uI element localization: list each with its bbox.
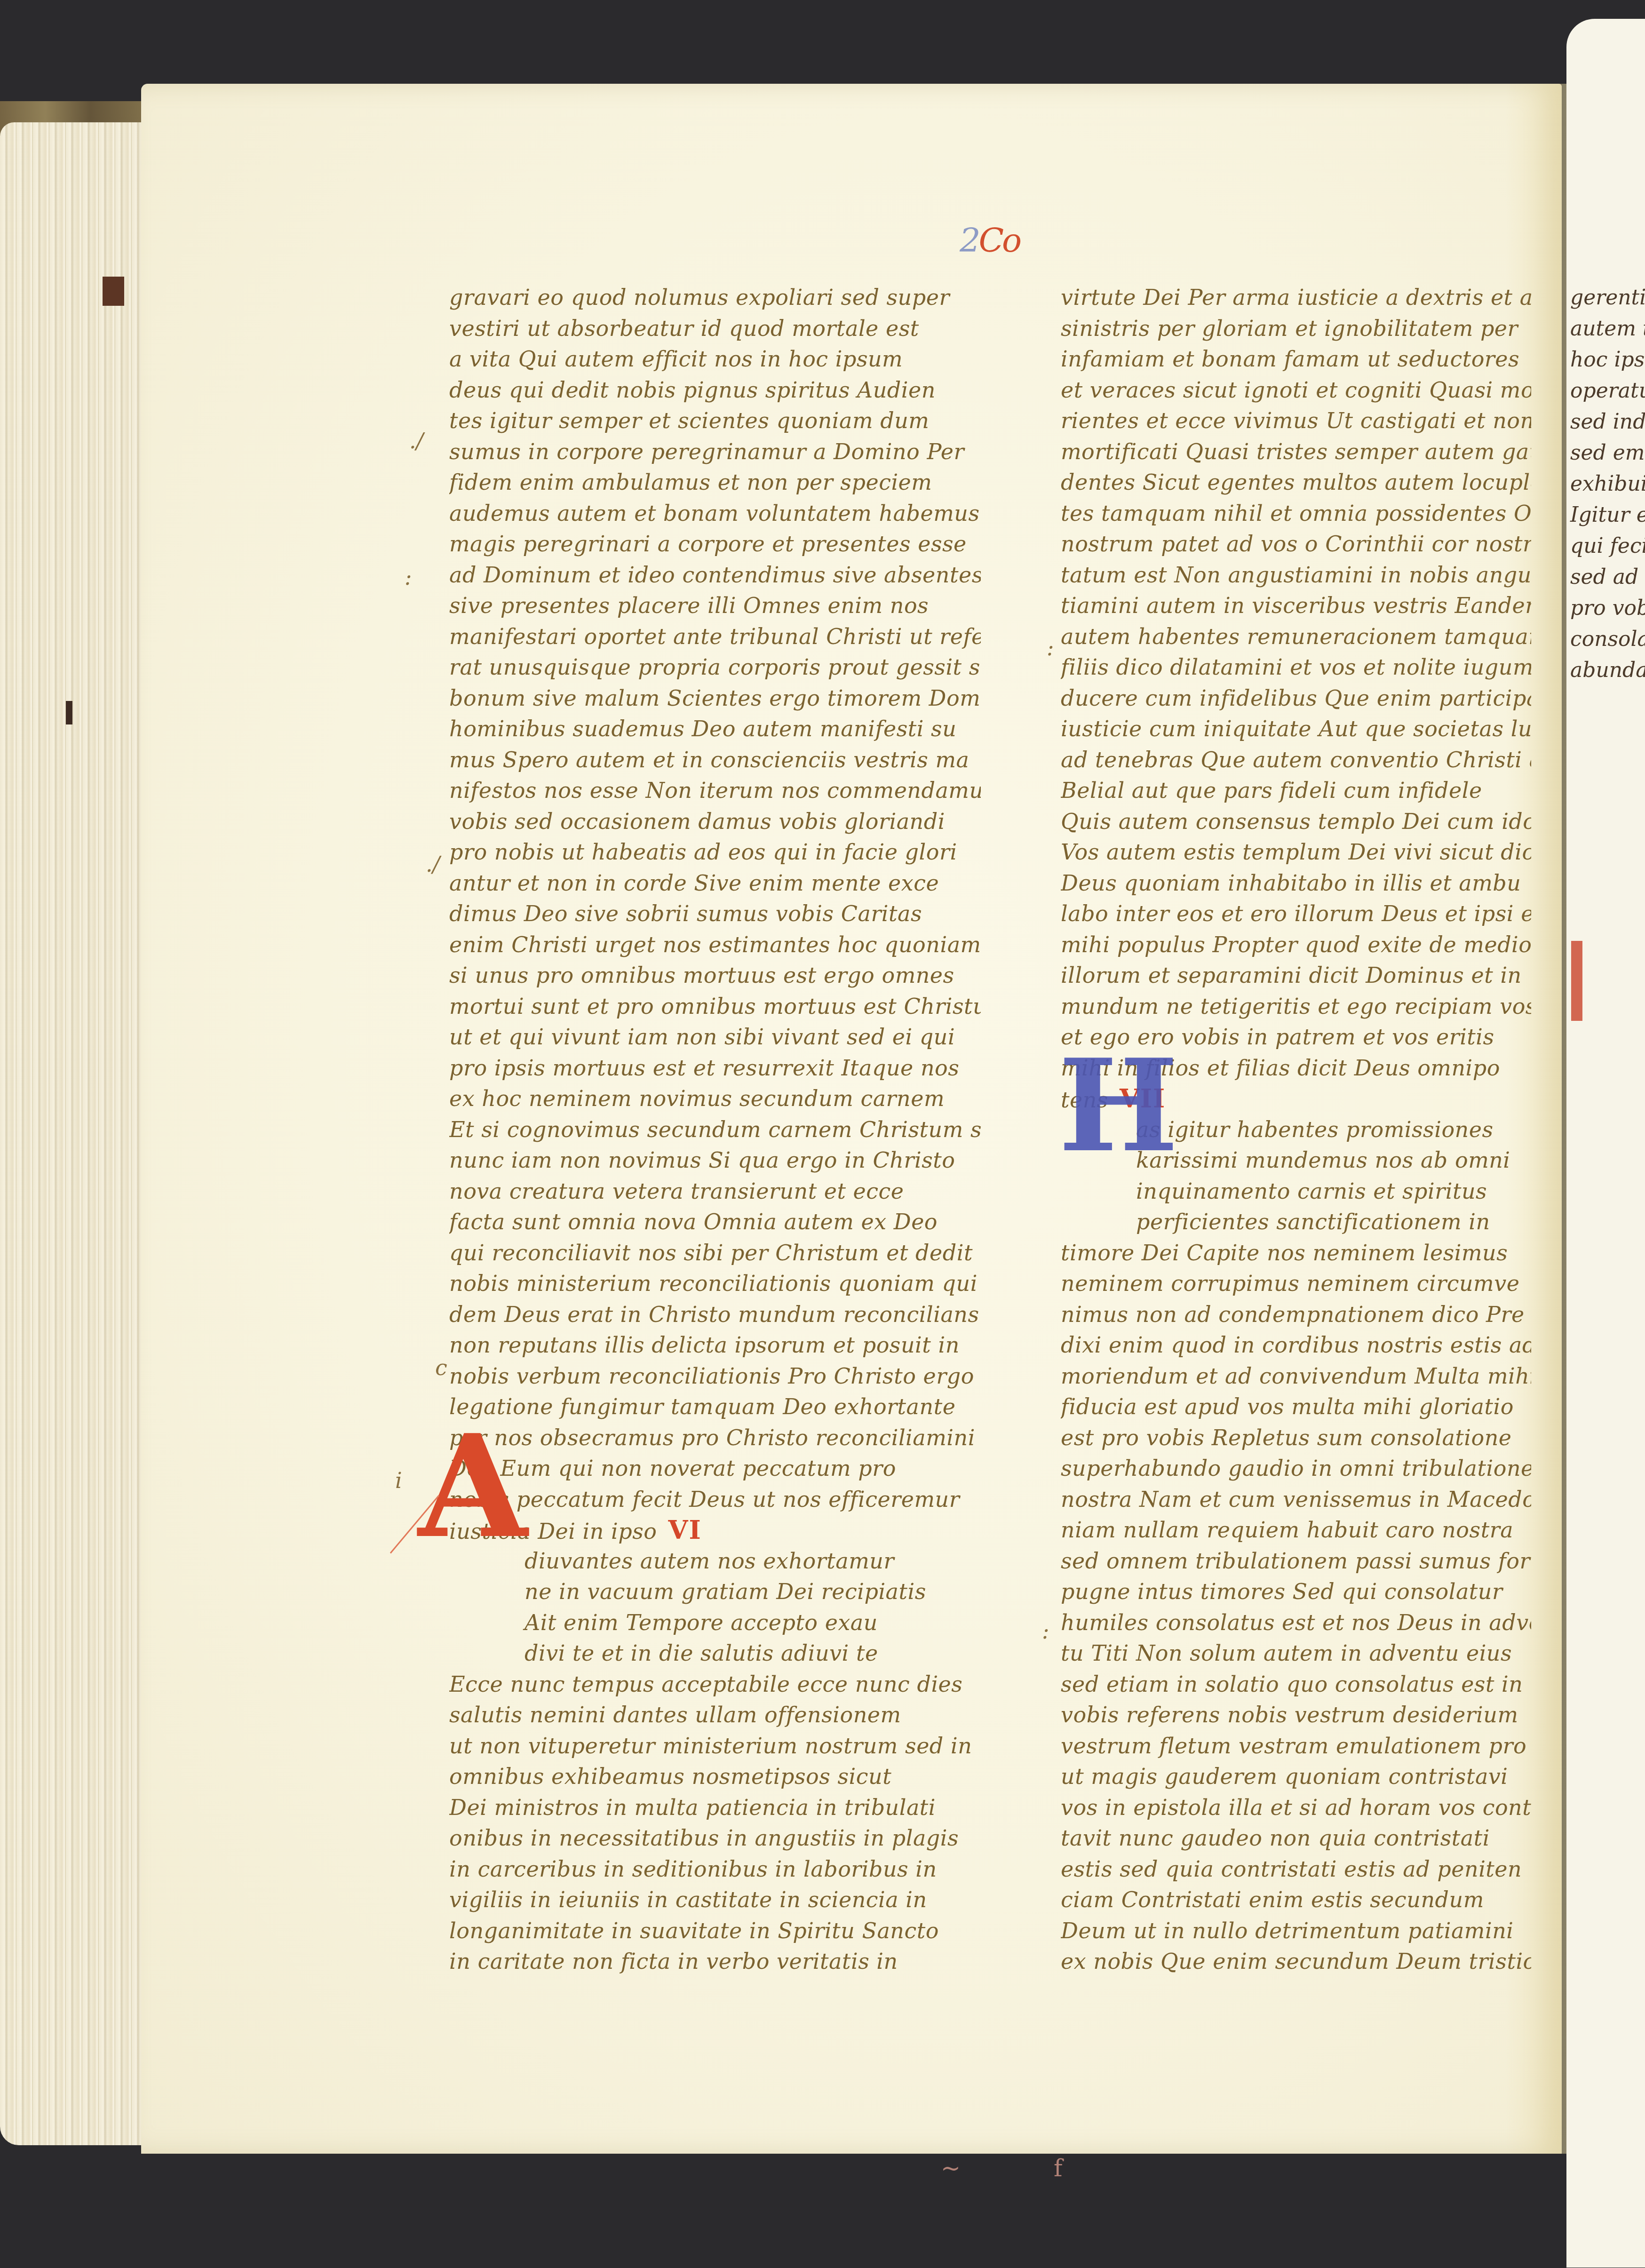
- bookmark-tab: [103, 277, 124, 306]
- text-line: ne in vacuum gratiam Dei recipiatis: [449, 1576, 981, 1607]
- text-line: in caritate non ficta in verbo veritatis…: [449, 1946, 981, 1977]
- text-line: Quis autem consensus templo Dei cum idol…: [1061, 806, 1531, 837]
- text-line: in carceribus in seditionibus in laborib…: [449, 1854, 981, 1885]
- text-line: dixi enim quod in cordibus nostris estis…: [1061, 1330, 1531, 1361]
- text-line: et veraces sicut ignoti et cogniti Quasi…: [1061, 375, 1531, 406]
- margin-mark: ./: [409, 428, 423, 454]
- text-line: divi te et in die salutis adiuvi te: [449, 1638, 981, 1669]
- text-line: rientes et ecce vivimus Ut castigati et …: [1061, 406, 1531, 437]
- text-line: Ecce nunc tempus acceptabile ecce nunc d…: [449, 1669, 981, 1700]
- margin-mark: :: [1042, 1618, 1049, 1644]
- text-line: inquinamento carnis et spiritus: [1061, 1176, 1531, 1207]
- text-line: ducere cum infidelibus Que enim particip…: [1061, 683, 1531, 714]
- text-line: Dei ministros in multa patiencia in trib…: [449, 1792, 981, 1823]
- running-header-mark: 2Co: [960, 221, 1020, 260]
- page-stack: [0, 122, 155, 2145]
- text-line: nostrum patet ad vos o Corinthii cor nos…: [1061, 529, 1531, 560]
- text-line: Et si cognovimus secundum carnem Christu…: [449, 1114, 981, 1146]
- text-line: gravari eo quod nolumus expoliari sed su…: [449, 282, 981, 313]
- bottom-margin-mark: f: [1054, 2155, 1063, 2182]
- text-line: fiducia est apud vos multa mihi gloriati…: [1061, 1392, 1531, 1423]
- text-line: onibus in necessitatibus in angustiis in…: [449, 1823, 981, 1854]
- text-line: Vos autem estis templum Dei vivi sicut d…: [1061, 837, 1531, 868]
- text-line: tiamini autem in visceribus vestris Eand…: [1061, 590, 1531, 621]
- facing-text-line: exhibuistis vos: [1570, 469, 1645, 500]
- text-line: nova creatura vetera transierunt et ecce: [449, 1176, 981, 1207]
- text-line: tes tamquam nihil et omnia possidentes O…: [1061, 498, 1531, 529]
- text-line: manifestari oportet ante tribunal Christ…: [449, 621, 981, 653]
- decorated-initial-red: A: [414, 1416, 532, 1557]
- text-line: Deus quoniam inhabitabo in illis et ambu: [1061, 868, 1531, 899]
- text-line: salutis nemini dantes ullam offensionem: [449, 1700, 981, 1731]
- facing-text-line: operatur in vobis soll: [1570, 375, 1645, 406]
- text-line: rat unusquisque propria corporis prout g…: [449, 652, 981, 683]
- text-line: nimus non ad condempnationem dico Pre: [1061, 1299, 1531, 1330]
- text-line: tatum est Non angustiamini in nobis angu…: [1061, 560, 1531, 591]
- text-line: ad Dominum et ideo contendimus sive abse…: [449, 560, 981, 591]
- header-mark-blue: 2: [960, 221, 979, 260]
- header-mark-red: Co: [979, 221, 1020, 260]
- text-line: virtute Dei Per arma iusticie a dextris …: [1061, 282, 1531, 313]
- text-line: nifestos nos esse Non iterum nos commend…: [449, 775, 981, 806]
- text-line: ut magis gauderem quoniam contristavi: [1061, 1761, 1531, 1792]
- text-line: enim Christi urget nos estimantes hoc qu…: [449, 930, 981, 961]
- text-line: filiis dico dilatamini et vos et nolite …: [1061, 652, 1531, 683]
- facing-text-line: consolati sumus In co: [1570, 624, 1645, 655]
- text-line: si unus pro omnibus mortuus est ergo omn…: [449, 960, 981, 991]
- text-line: mortificati Quasi tristes semper autem g…: [1061, 437, 1531, 468]
- text-line: autem habentes remuneracionem tamquam: [1061, 621, 1531, 653]
- facing-page: gerentiam in salutautem tristitia mhoc i…: [1566, 19, 1645, 2268]
- margin-mark: :: [1047, 635, 1054, 661]
- text-line: mihi populus Propter quod exite de medio: [1061, 930, 1531, 961]
- text-line: longanimitate in suavitate in Spiritu Sa…: [449, 1916, 981, 1947]
- text-line: humiles consolatus est et nos Deus in ad…: [1061, 1607, 1531, 1639]
- text-line: magis peregrinari a corpore et presentes…: [449, 529, 981, 560]
- text-line: moriendum et ad convivendum Multa mihi: [1061, 1361, 1531, 1392]
- text-line: mortui sunt et pro omnibus mortuus est C…: [449, 991, 981, 1022]
- text-line: tu Titi Non solum autem in adventu eius: [1061, 1638, 1531, 1669]
- text-line: infamiam et bonam famam ut seductores: [1061, 344, 1531, 375]
- text-line: nunc iam non novimus Si qua ergo in Chri…: [449, 1145, 981, 1176]
- text-line: dimus Deo sive sobrii sumus vobis Carita…: [449, 899, 981, 930]
- text-line: superhabundo gaudio in omni tribulatione: [1061, 1453, 1531, 1484]
- facing-text-line: pro vobis ad vos co: [1570, 593, 1645, 624]
- text-line: ut non vituperetur ministerium nostrum s…: [449, 1731, 981, 1762]
- facing-text-line: sed indignationem: [1570, 406, 1645, 438]
- text-line: ex hoc neminem novimus secundum carnem: [449, 1083, 981, 1114]
- text-line: vobis referens nobis vestrum desiderium: [1061, 1700, 1531, 1731]
- text-line: fidem enim ambulamus et non per speciem: [449, 467, 981, 498]
- facing-text-line: Igitur et si sc: [1570, 500, 1645, 531]
- text-line: vigiliis in ieiuniis in castitate in sci…: [449, 1885, 981, 1916]
- facing-text-line: autem tristitia m: [1570, 313, 1645, 344]
- text-line: pugne intus timores Sed qui consolatur: [1061, 1576, 1531, 1607]
- facing-text-line: hoc ipsum secundum: [1570, 344, 1645, 375]
- margin-mark: i: [395, 1468, 402, 1493]
- bottom-margin-mark: ~: [941, 2155, 961, 2182]
- text-line: dentes Sicut egentes multos autem locupl…: [1061, 467, 1531, 498]
- text-line: sumus in corpore peregrinamur a Domino P…: [449, 437, 981, 468]
- text-line: vos in epistola illa et si ad horam vos …: [1061, 1792, 1531, 1823]
- text-line: vestrum fletum vestram emulationem pro m…: [1061, 1731, 1531, 1762]
- text-line: pro nobis ut habeatis ad eos qui in faci…: [449, 837, 981, 868]
- facing-text-line: qui fecit iniuriam: [1570, 531, 1645, 562]
- text-line: ciam Contristati enim estis secundum: [1061, 1885, 1531, 1916]
- text-line: ex nobis Que enim secundum Deum tristici…: [1061, 1946, 1531, 1977]
- text-line: sed etiam in solatio quo consolatus est …: [1061, 1669, 1531, 1700]
- page-stack-mark: [66, 701, 72, 724]
- text-line: vobis sed occasionem damus vobis glorian…: [449, 806, 981, 837]
- text-line: dem Deus erat in Christo mundum reconcil…: [449, 1299, 981, 1330]
- text-line: Ait enim Tempore accepto exau: [449, 1607, 981, 1639]
- text-line: niam nullam requiem habuit caro nostra: [1061, 1515, 1531, 1546]
- text-line: audemus autem et bonam voluntatem habemu…: [449, 498, 981, 529]
- text-line: deus qui dedit nobis pignus spiritus Aud…: [449, 375, 981, 406]
- text-line: facta sunt omnia nova Omnia autem ex Deo: [449, 1207, 981, 1238]
- text-line: bonum sive malum Scientes ergo timorem D…: [449, 683, 981, 714]
- text-line: nobis ministerium reconciliationis quoni…: [449, 1268, 981, 1299]
- text-line: qui reconciliavit nos sibi per Christum …: [449, 1238, 981, 1269]
- text-line: sinistris per gloriam et ignobilitatem p…: [1061, 313, 1531, 344]
- facing-text-line: gerentiam in salut: [1570, 282, 1645, 313]
- text-line: mundum ne tetigeritis et ego recipiam vo…: [1061, 991, 1531, 1022]
- text-line: timore Dei Capite nos neminem lesimus: [1061, 1238, 1531, 1269]
- text-line: non reputans illis delicta ipsorum et po…: [449, 1330, 981, 1361]
- text-line: nobis verbum reconciliationis Pro Christ…: [449, 1361, 981, 1392]
- text-line: sive presentes placere illi Omnes enim n…: [449, 590, 981, 621]
- text-line: tavit nunc gaudeo non quia contristati: [1061, 1823, 1531, 1854]
- margin-mark: :: [405, 565, 412, 590]
- facing-text-line: sed emulationem: [1570, 438, 1645, 469]
- text-line: omnibus exhibeamus nosmetipsos sicut: [449, 1761, 981, 1792]
- chapter-rubric: VI: [668, 1515, 702, 1545]
- text-column-left: gravari eo quod nolumus expoliari sed su…: [449, 282, 981, 1977]
- text-line: illorum et separamini dicit Dominus et i…: [1061, 960, 1531, 991]
- text-line: perficientes sanctificationem in: [1061, 1207, 1531, 1238]
- text-line: nostra Nam et cum venissemus in Macedo: [1061, 1484, 1531, 1515]
- text-line: mus Spero autem et in conscienciis vestr…: [449, 745, 981, 776]
- text-line: tes igitur semper et scientes quoniam du…: [449, 406, 981, 437]
- text-line: sed omnem tribulationem passi sumus fori…: [1061, 1546, 1531, 1577]
- facing-page-text: gerentiam in salutautem tristitia mhoc i…: [1570, 282, 1645, 686]
- text-line: estis sed quia contristati estis ad peni…: [1061, 1854, 1531, 1885]
- text-line: Belial aut que pars fideli cum infidele: [1061, 775, 1531, 806]
- text-line: iusticie cum iniquitate Aut que societas…: [1061, 714, 1531, 745]
- text-line: vestiri ut absorbeatur id quod mortale e…: [449, 313, 981, 344]
- text-line: ad tenebras Que autem conventio Christi …: [1061, 745, 1531, 776]
- facing-text-line: abundantius magis ga: [1570, 655, 1645, 686]
- facing-page-red-initial: [1571, 941, 1582, 1021]
- text-line: Deum ut in nullo detrimentum patiamini: [1061, 1916, 1531, 1947]
- text-line: est pro vobis Repletus sum consolatione: [1061, 1423, 1531, 1454]
- text-line: antur et non in corde Sive enim mente ex…: [449, 868, 981, 899]
- facing-text-line: sed ad manifestand: [1570, 562, 1645, 593]
- text-line: a vita Qui autem efficit nos in hoc ipsu…: [449, 344, 981, 375]
- margin-mark: c: [435, 1355, 447, 1380]
- text-line: ut et qui vivunt iam non sibi vivant sed…: [449, 1022, 981, 1053]
- text-line: pro ipsis mortuus est et resurrexit Itaq…: [449, 1053, 981, 1084]
- margin-mark: ./: [426, 851, 440, 877]
- text-line: neminem corrupimus neminem circumve: [1061, 1268, 1531, 1299]
- text-line: hominibus suademus Deo autem manifesti s…: [449, 714, 981, 745]
- text-line: labo inter eos et ero illorum Deus et ip…: [1061, 899, 1531, 930]
- decorated-initial-blue: H: [1058, 1042, 1176, 1169]
